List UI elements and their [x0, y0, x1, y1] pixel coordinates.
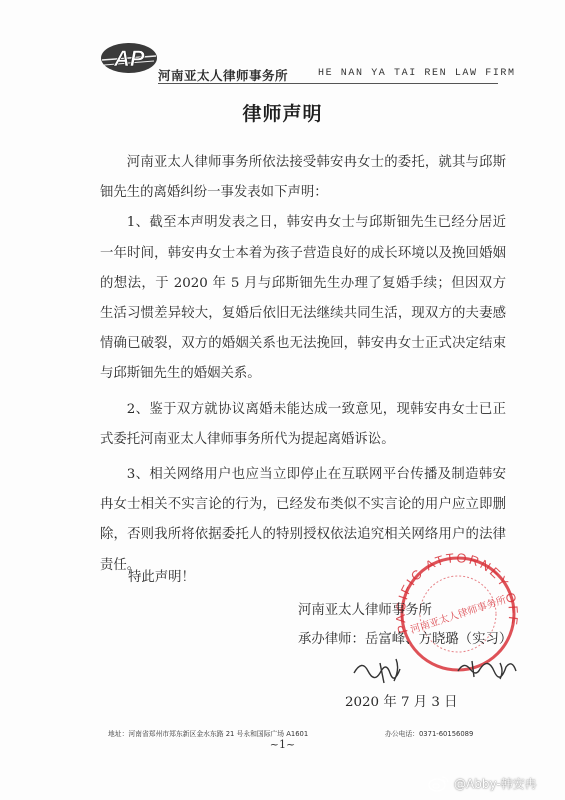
- statement-body: 河南亚太人律师事务所依法接受韩安冉女士的委托，就其与邱斯钿先生的离婚纠纷一事发表…: [100, 148, 506, 581]
- watermark-text: @Abby-韩安冉: [454, 775, 537, 792]
- document-title: 律师声明: [0, 99, 565, 126]
- signature-firm: 河南亚太人律师事务所: [298, 599, 432, 618]
- document-page: AP 河南亚太人律师事务所 HE NAN YA TAI REN LAW FIRM…: [0, 0, 565, 800]
- firm-name-cn: 河南亚太人律师事务所: [158, 66, 288, 84]
- header-divider: [158, 83, 498, 84]
- signature-lawyers: 承办律师：岳富峰、方晓璐（实习）: [298, 628, 512, 647]
- point-2-paragraph: 2、鉴于双方就协议离婚未能达成一致意见，现韩安冉女士已正式委托河南亚太人律师事务…: [100, 395, 506, 455]
- weibo-watermark: @Abby-韩安冉: [428, 774, 537, 792]
- firm-name-en: HE NAN YA TAI REN LAW FIRM: [318, 68, 516, 79]
- handwritten-signature-icon: [350, 651, 540, 687]
- footer-address: 地址：河南省郑州市郑东新区金水东路 21 号永和国际广场 A1601: [108, 728, 308, 738]
- footer-phone: 办公电话：0371-60156089: [385, 728, 473, 738]
- weibo-icon: [428, 774, 450, 792]
- intro-paragraph: 河南亚太人律师事务所依法接受韩安冉女士的委托，就其与邱斯钿先生的离婚纠纷一事发表…: [100, 148, 506, 208]
- signature-date: 2020 年 7 月 3 日: [345, 691, 458, 710]
- closing-line: 特此声明！: [128, 566, 195, 585]
- page-number: ~1~: [0, 738, 565, 751]
- svg-text:AP: AP: [113, 46, 145, 71]
- firm-logo-icon: AP: [98, 36, 160, 76]
- point-1-paragraph: 1、截至本声明发表之日，韩安冉女士与邱斯钿先生已经分居近一年时间，韩安冉女士本着…: [100, 208, 506, 389]
